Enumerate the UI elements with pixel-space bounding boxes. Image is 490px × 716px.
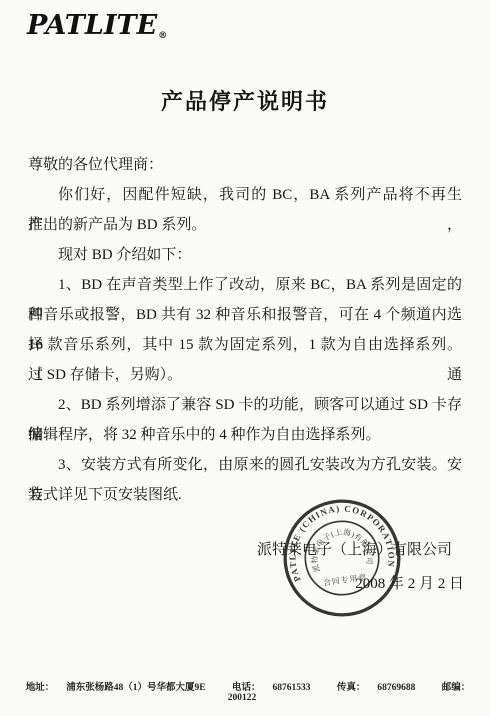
footer-phone: 电话：68761533 <box>226 683 317 693</box>
zip-label: 邮编： <box>442 683 471 693</box>
zip-value: 200122 <box>228 693 257 703</box>
body-line: 16 款音乐系列，其中 15 款为固定系列，1 款为自由选择系列。（通 <box>28 330 462 360</box>
signature-company: 派特莱电子（上海）有限公司 <box>257 540 452 560</box>
body-line: 3、安装方式有所变化，由原来的圆孔安装改为方孔安装。安装 <box>28 450 462 480</box>
address-value: 浦东张杨路48（1）号华都大厦9E <box>66 683 205 693</box>
fax-label: 传真： <box>337 683 366 693</box>
body-line: 种音乐或报警，BD 共有 32 种音乐和报警音，可在 4 个频道内选择 <box>28 300 462 330</box>
signature-date: 2008 年 2 月 2 日 <box>257 574 464 594</box>
body-line: 你们好，因配件短缺，我司的 BC，BA 系列产品将不再生产， <box>28 180 462 210</box>
fax-value: 68769688 <box>377 683 415 693</box>
signature-block: 派特莱电子（上海）有限公司 2008 年 2 月 2 日 <box>257 540 452 594</box>
logo-text: PATLITE <box>27 10 157 41</box>
body-line: 2、BD 系列增添了兼容 SD 卡的功能，顾客可以通过 SD 卡存储 <box>28 390 462 420</box>
body-line: 方式详见下页安装图纸. <box>28 480 462 510</box>
body-line: 1、BD 在声音类型上作了改动，原来 BC，BA 系列是固定的四 <box>28 270 462 300</box>
phone-value: 68761533 <box>272 683 310 693</box>
patlite-logo: PATLITE® <box>27 10 167 41</box>
body-text: 尊敬的各位代理商： 你们好，因配件短缺，我司的 BC，BA 系列产品将不再生产，… <box>28 150 462 510</box>
phone-label: 电话： <box>232 683 261 693</box>
address-label: 地址： <box>26 683 55 693</box>
body-line: 尊敬的各位代理商： <box>28 150 462 180</box>
body-line: 现对 BD 介绍如下： <box>28 240 462 270</box>
footer-contact-line: 地址：浦东张杨路48（1）号华都大厦9E 电话：68761533 传真：6876… <box>0 679 490 703</box>
body-line: 编辑程序，将 32 种音乐中的 4 种作为自由选择系列。 <box>28 420 462 450</box>
footer-fax: 传真：68769688 <box>331 683 422 693</box>
registered-trademark-icon: ® <box>158 31 167 41</box>
document-page: PATLITE® 产品停产说明书 尊敬的各位代理商： 你们好，因配件短缺，我司的… <box>0 0 490 716</box>
page-title: 产品停产说明书 <box>0 85 490 116</box>
footer-address: 地址：浦东张杨路48（1）号华都大厦9E <box>20 683 212 693</box>
